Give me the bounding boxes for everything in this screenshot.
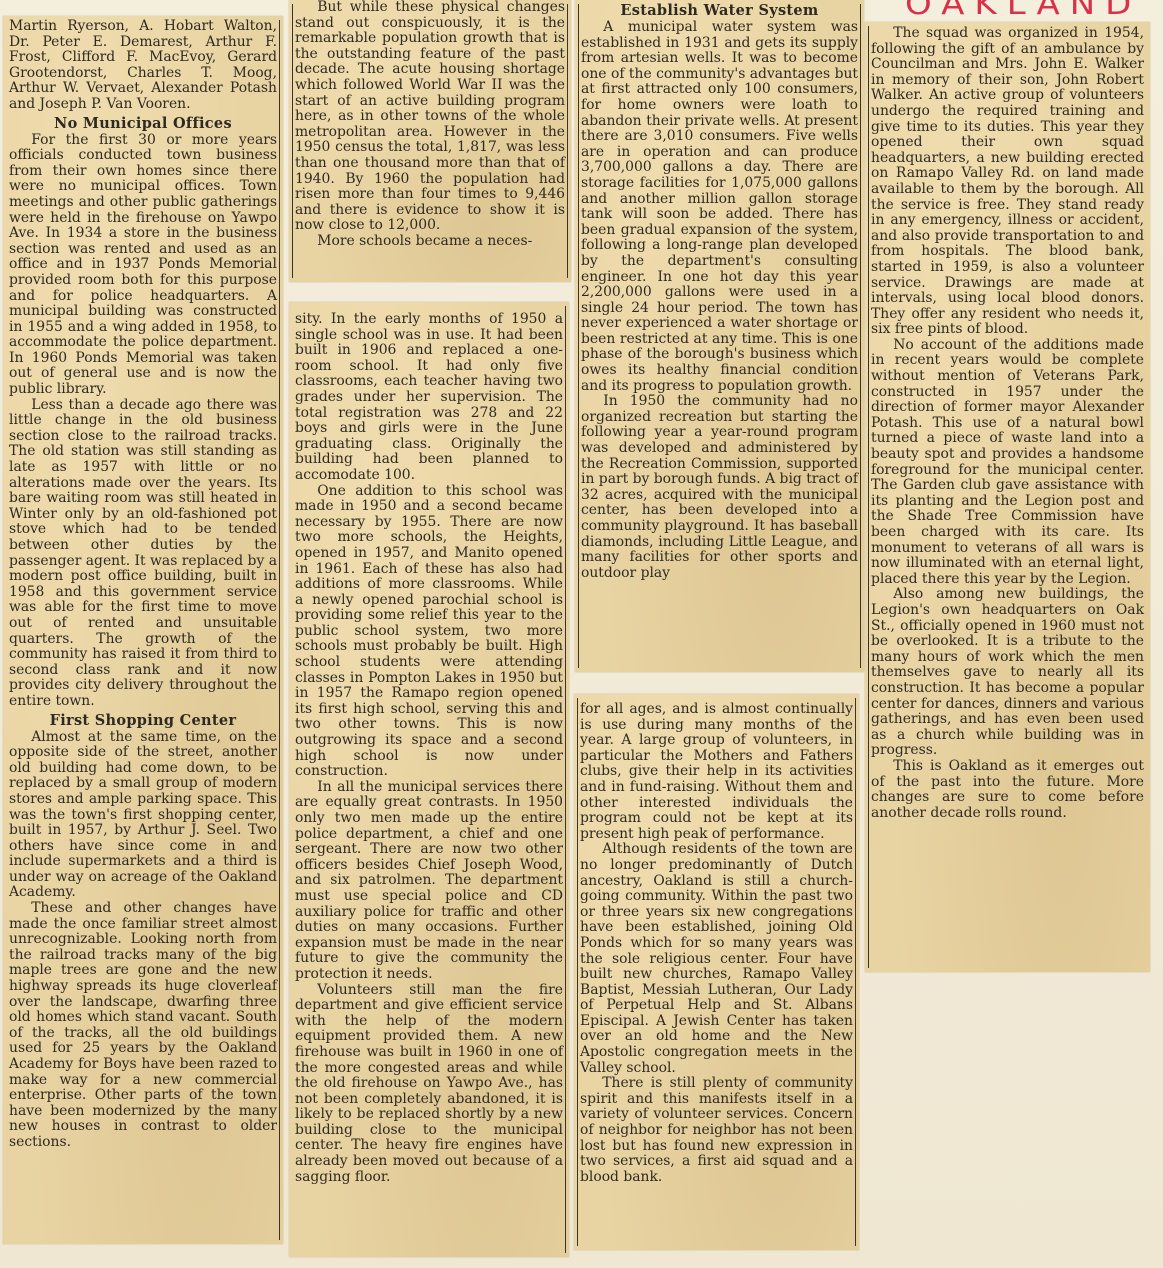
column-text: Establish Water SystemA municipal water … [581, 2, 858, 581]
paragraph: This is Oakland as it emerges out of the… [871, 759, 1144, 821]
section-heading: First Shopping Center [9, 712, 277, 729]
paragraph: These and other changes have made the on… [9, 901, 277, 1151]
paragraph: sity. In the early months of 1950 a sing… [295, 312, 563, 484]
paragraph: Also among new buildings, the Legion's o… [871, 587, 1144, 759]
paragraph: One addition to this school was made in … [295, 484, 563, 780]
paragraph: More schools became a neces- [295, 234, 565, 250]
paragraph: For the first 30 or more years officials… [9, 133, 277, 398]
column-text: for all ages, and is almost continually … [580, 702, 853, 1185]
clipping-column-3-bottom: for all ages, and is almost continually … [574, 694, 859, 1250]
column-rule [855, 698, 856, 1246]
section-heading: No Municipal Offices [9, 115, 277, 132]
column-text: But while these physical changes stand o… [295, 0, 565, 250]
clipping-column-2-bottom: sity. In the early months of 1950 a sing… [289, 302, 569, 1257]
paragraph: In 1950 the community had no organized r… [581, 394, 858, 581]
clipping-column-1: Martin Ryerson, A. Hobart Walton, Dr. Pe… [3, 16, 283, 1244]
paragraph: Volunteers still man the fire department… [295, 983, 563, 1186]
paragraph: There is still plenty of community spiri… [580, 1076, 853, 1185]
section-heading: Establish Water System [581, 2, 858, 19]
paragraph: No account of the additions made in rece… [871, 338, 1144, 588]
column-rule [578, 4, 579, 668]
paragraph: Although residents of the town are no lo… [580, 842, 853, 1076]
column-text: Martin Ryerson, A. Hobart Walton, Dr. Pe… [9, 19, 277, 1151]
column-rule [292, 4, 293, 278]
paragraph: for all ages, and is almost continually … [580, 702, 853, 842]
column-rule [860, 4, 861, 668]
paragraph: Almost at the same time, on the opposite… [9, 730, 277, 902]
column-rule [577, 698, 578, 1246]
column-rule [565, 306, 566, 1253]
column-text: sity. In the early months of 1950 a sing… [295, 312, 563, 1185]
paragraph: Less than a decade ago there was little … [9, 398, 277, 710]
paragraph: But while these physical changes stand o… [295, 0, 565, 234]
clipping-column-4: The squad was organized in 1954, followi… [865, 22, 1150, 972]
paragraph: Martin Ryerson, A. Hobart Walton, Dr. Pe… [9, 19, 277, 113]
column-rule [567, 4, 568, 278]
column-text: The squad was organized in 1954, followi… [871, 26, 1144, 821]
column-rule [279, 20, 280, 1240]
paragraph: In all the municipal services there are … [295, 780, 563, 983]
column-rule [868, 26, 869, 968]
handwritten-label: OAKLAND [905, 0, 1141, 22]
clipping-column-3-top: Establish Water SystemA municipal water … [575, 0, 864, 672]
clipping-column-2-top: But while these physical changes stand o… [289, 0, 571, 282]
paragraph: The squad was organized in 1954, followi… [871, 26, 1144, 338]
paragraph: A municipal water system was established… [581, 20, 858, 394]
